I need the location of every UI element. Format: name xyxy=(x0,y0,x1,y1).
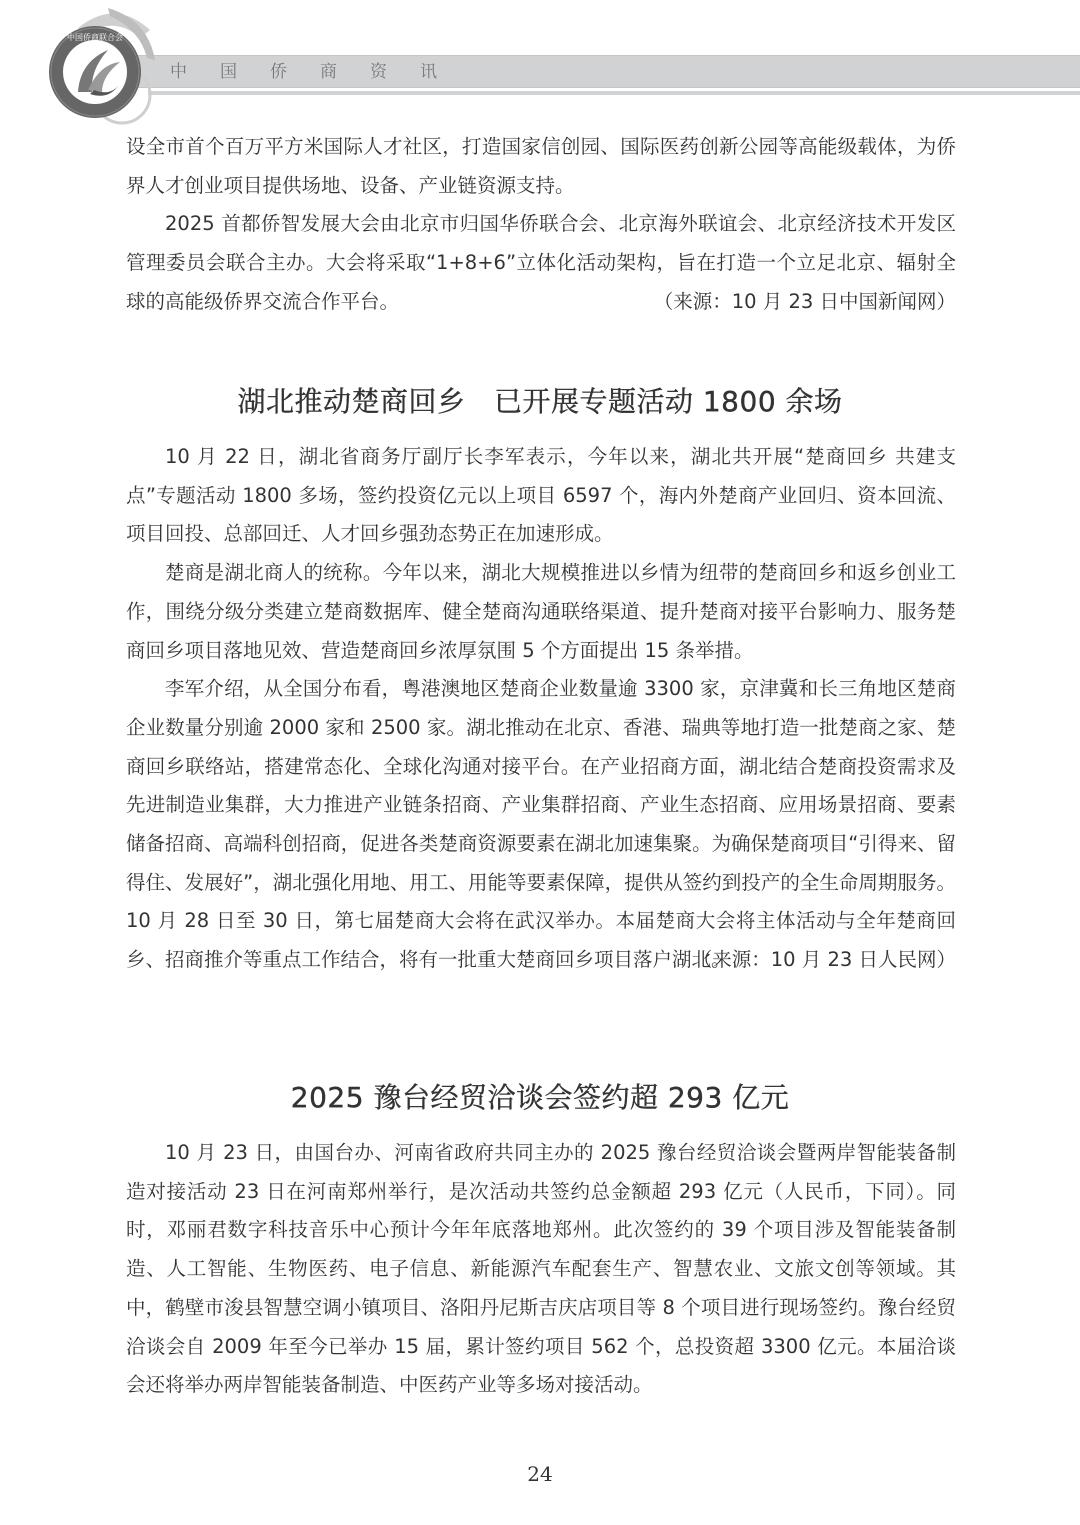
article-body: 10 月 22 日，湖北省商务厅副厅长李军表示，今年以来，湖北共开展“楚商回乡 … xyxy=(126,438,956,980)
title-char: 资 xyxy=(370,60,420,84)
paragraph: 10 月 23 日，由国台办、河南省政府共同主办的 2025 豫台经贸洽谈会暨两… xyxy=(126,1134,956,1405)
page-number: 24 xyxy=(0,1462,1080,1486)
svg-text:中国侨商联合会: 中国侨商联合会 xyxy=(67,32,123,42)
title-char: 侨 xyxy=(270,60,320,84)
header-rule xyxy=(148,91,1080,95)
article-continuation: 设全市首个百万平方米国际人才社区，打造国家信创园、国际医药创新公园等高能级载体，… xyxy=(126,128,956,322)
source-citation: （来源：10 月 23 日中国新闻网） xyxy=(654,283,956,322)
title-char: 国 xyxy=(220,60,270,84)
paragraph: 楚商是湖北商人的统称。今年以来，湖北大规模推进以乡情为纽带的楚商回乡和返乡创业工… xyxy=(126,554,956,670)
article-title: 湖北推动楚商回乡 已开展专题活动 1800 余场 xyxy=(0,380,1080,420)
title-char: 讯 xyxy=(420,60,470,84)
title-char: 中 xyxy=(170,60,220,84)
article-title: 2025 豫台经贸洽谈会签约超 293 亿元 xyxy=(0,1076,1080,1116)
title-char: 商 xyxy=(320,60,370,84)
paragraph: 设全市首个百万平方米国际人才社区，打造国家信创园、国际医药创新公园等高能级载体，… xyxy=(126,128,956,205)
article-body: 10 月 23 日，由国台办、河南省政府共同主办的 2025 豫台经贸洽谈会暨两… xyxy=(126,1134,956,1405)
publication-title: 中 国 侨 商 资 讯 xyxy=(170,60,470,84)
paragraph: 10 月 22 日，湖北省商务厅副厅长李军表示，今年以来，湖北共开展“楚商回乡 … xyxy=(126,438,956,554)
source-citation: （来源：10 月 23 日人民网） xyxy=(693,941,956,980)
paragraph: 李军介绍，从全国分布看，粤港澳地区楚商企业数量逾 3300 家，京津冀和长三角地… xyxy=(126,670,956,980)
federation-logo-icon: 中国侨商联合会 xyxy=(30,0,170,130)
